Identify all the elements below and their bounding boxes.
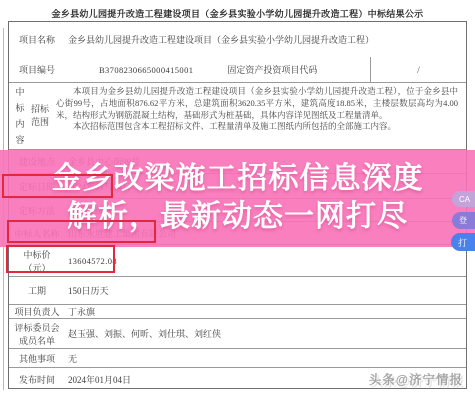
table-row-manager: 项目负责人 丁永旗	[9, 305, 466, 319]
fixed-asset-code-label: 固定资产投资项目代码	[227, 63, 370, 76]
table-row-project-no: 项目编号 B3708230665000415001 固定资产投资项目代码 /	[9, 57, 466, 83]
duration-label: 工期	[9, 284, 65, 297]
screenshot-root: 金乡县幼儿园提升改造工程建设项目（金乡县实验小学幼儿园提升改造工程）中标结果公示…	[0, 0, 475, 400]
scope-text: 本项目为金乡县幼儿园提升改造工程建设项目（金乡县实验小学幼儿园提升改造工程），位…	[52, 83, 466, 149]
document-title: 金乡县幼儿园提升改造工程建设项目（金乡县实验小学幼儿园提升改造工程）中标结果公示	[10, 7, 465, 20]
other-value: 无	[65, 352, 466, 365]
other-label: 其他事项	[9, 352, 65, 365]
highlight-box-price	[6, 245, 115, 273]
project-no-value: B3708230665000415001	[65, 65, 227, 75]
committee-value: 赵玉强、刘振、何昕、刘仕琪、刘红侠	[65, 327, 466, 340]
price-value: 13604572.08	[65, 256, 466, 266]
scope-paragraph-2: 本次招标范围包含本工程招标文件、工程量清单及施工图纸内所包括的全部施工内容。	[56, 121, 458, 133]
highlight-box-winner	[7, 220, 156, 243]
project-name-value: 金乡县幼儿园提升改造工程建设项目（金乡县实验小学幼儿园提升改造工程）	[65, 33, 466, 46]
table-row-bid-scope: 中标内容 招标范围 本项目为金乡县幼儿园提升改造工程建设项目（金乡县实验小学幼儿…	[9, 83, 466, 150]
table-row-other: 其他事项 无	[9, 349, 466, 368]
side-button-login[interactable]: 登	[452, 212, 475, 229]
table-row-project-name: 项目名称 金乡县幼儿园提升改造工程建设项目（金乡县实验小学幼儿园提升改造工程）	[9, 22, 466, 57]
table-row-duration: 工期 150日历天	[9, 277, 466, 305]
manager-value: 丁永旗	[65, 305, 466, 318]
highlight-box-award-date	[2, 174, 113, 198]
table-row-committee: 评标委员会成员名单 赵玉强、刘振、何昕、刘仕琪、刘红侠	[9, 319, 466, 349]
fixed-asset-code-value: /	[370, 57, 466, 82]
bid-content-label: 中标内容	[15, 83, 28, 149]
duration-value: 150日历天	[65, 284, 466, 297]
scope-paragraph-1: 本项目为金乡县幼儿园提升改造工程建设项目（金乡县实验小学幼儿园提升改造工程），位…	[56, 86, 458, 121]
toutiao-watermark: 头条@济宁情报	[369, 370, 463, 388]
publish-label: 发布时间	[9, 373, 65, 386]
scope-label: 招标范围	[28, 83, 52, 149]
side-button-open[interactable]: 打	[451, 233, 475, 251]
project-name-label: 项目名称	[9, 33, 65, 46]
committee-label: 评标委员会成员名单	[9, 321, 65, 347]
side-button-ca[interactable]: CA	[452, 191, 475, 207]
project-no-label: 项目编号	[9, 63, 65, 76]
manager-label: 项目负责人	[9, 305, 65, 318]
